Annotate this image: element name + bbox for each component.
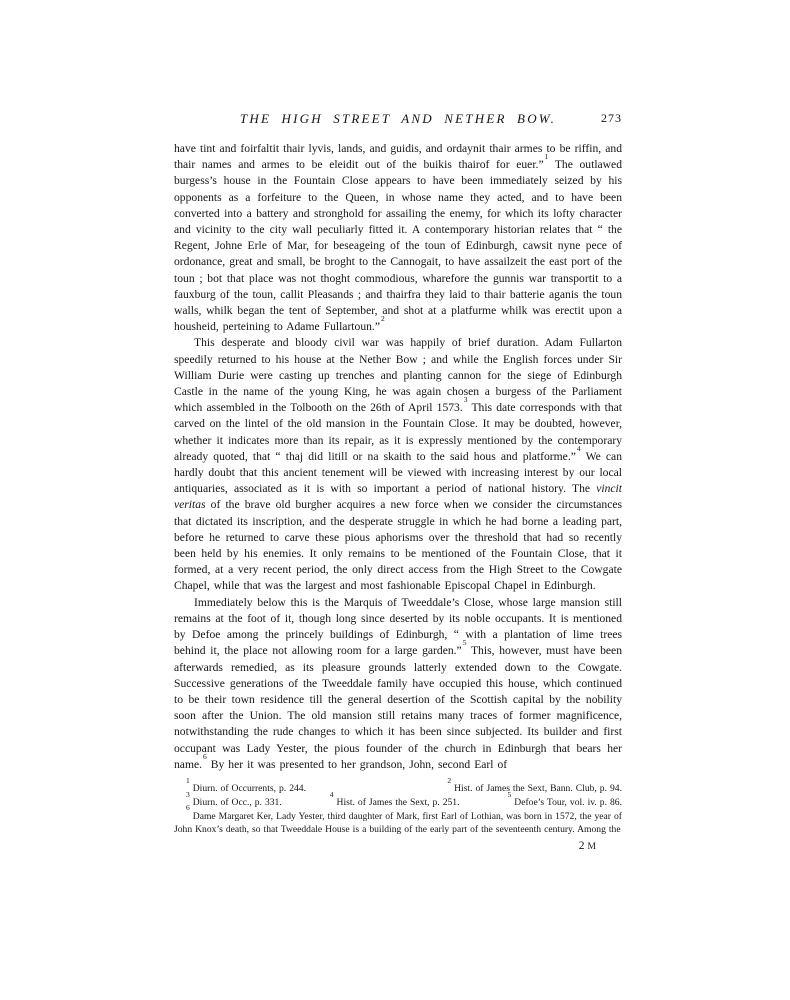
text-block: THE HIGH STREET AND NETHER BOW. 273 have… <box>174 110 622 852</box>
footnote: 1 Diurn. of Occurrents, p. 244. <box>185 782 306 796</box>
paragraph: Immediately below this is the Marquis of… <box>174 595 622 773</box>
page-number: 273 <box>601 111 622 126</box>
signature-letter: M <box>585 842 596 852</box>
text-run: By her it was presented to her grandson,… <box>207 758 507 771</box>
book-page: THE HIGH STREET AND NETHER BOW. 273 have… <box>0 0 790 1000</box>
footnote-ref: 1 <box>185 776 190 785</box>
footnote-short-rows: 1 Diurn. of Occurrents, p. 244.2 Hist. o… <box>174 782 622 810</box>
footnote-ref: 5 <box>462 638 467 647</box>
footnotes: 1 Diurn. of Occurrents, p. 244.2 Hist. o… <box>174 782 622 837</box>
text-run: of the brave old burgher acquires a new … <box>174 498 622 592</box>
paragraph: This desperate and bloody civil war was … <box>174 335 622 594</box>
text-run: Dame Margaret Ker, Lady Yester, third da… <box>174 811 622 836</box>
text-run: Hist. of James the Sext, Bann. Club, p. … <box>451 783 622 794</box>
text-run: Diurn. of Occ., p. 331. <box>190 797 282 808</box>
text-run: Defoe’s Tour, vol. iv. p. 86. <box>511 797 622 808</box>
footnote-ref: 1 <box>544 152 549 161</box>
text-run: The outlawed burgess’s house in the Foun… <box>174 158 622 333</box>
text-run: Hist. of James the Sext, p. 251. <box>334 797 460 808</box>
signature-mark: 2M <box>174 840 622 852</box>
footnote-ref: 6 <box>185 803 190 812</box>
running-title: THE HIGH STREET AND NETHER BOW. <box>240 111 556 126</box>
footnote-ref: 2 <box>380 314 385 323</box>
footnote-ref: 2 <box>446 776 451 785</box>
footnote-ref: 4 <box>576 444 581 453</box>
footnote: 2 Hist. of James the Sext, Bann. Club, p… <box>446 782 622 796</box>
footnote-ref: 5 <box>507 790 512 799</box>
footnote-ref: 4 <box>329 790 334 799</box>
running-head: THE HIGH STREET AND NETHER BOW. 273 <box>174 110 622 128</box>
footnote: 5 Defoe’s Tour, vol. iv. p. 86. <box>507 796 622 810</box>
footnote-ref: 6 <box>202 752 207 761</box>
footnote-long-note: 6 Dame Margaret Ker, Lady Yester, third … <box>174 810 622 838</box>
body-paragraphs: have tint and foirfaltit thair lyvis, la… <box>174 141 622 773</box>
paragraph: have tint and foirfaltit thair lyvis, la… <box>174 141 622 335</box>
signature-number: 2 <box>579 840 585 852</box>
footnote-ref: 3 <box>463 395 468 404</box>
footnote-ref: 3 <box>185 790 190 799</box>
footnote: 4 Hist. of James the Sext, p. 251. <box>329 796 460 810</box>
footnote-row: 3 Diurn. of Occ., p. 331.4 Hist. of Jame… <box>174 796 622 810</box>
footnote-row: 1 Diurn. of Occurrents, p. 244.2 Hist. o… <box>174 782 622 796</box>
text-run: Diurn. of Occurrents, p. 244. <box>190 783 306 794</box>
text-run: This, however, must have been afterwards… <box>174 644 622 770</box>
footnote: 3 Diurn. of Occ., p. 331. <box>185 796 282 810</box>
